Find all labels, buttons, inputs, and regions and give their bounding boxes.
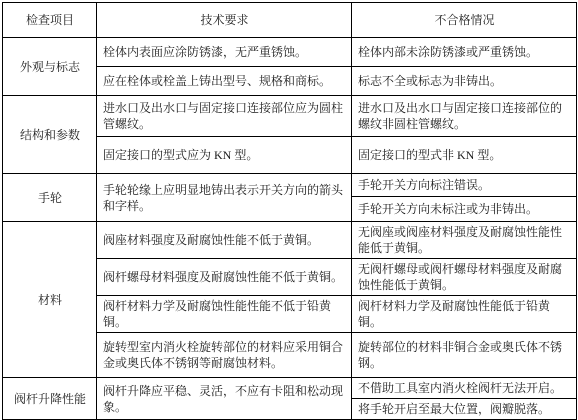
requirement-cell: 阀杆升降应平稳、灵活，不应有卡阻和松动现象。 bbox=[97, 378, 352, 420]
inspection-table: 检查项目 技术要求 不合格情况 外观与标志 栓体内表面应涂防锈漆，无严重锈蚀。 … bbox=[2, 2, 577, 420]
failure-cell: 栓体内部未涂防锈漆或严重锈蚀。 bbox=[352, 38, 577, 67]
requirement-cell: 应在栓体或栓盖上铸出型号、规格和商标。 bbox=[97, 67, 352, 96]
requirement-cell: 手轮轮缘上应明显地铸出表示开关方向的箭头和字样。 bbox=[97, 174, 352, 222]
table-row: 结构和参数 进水口及出水口与固定接口连接部位应为圆柱管螺纹。 进水口及出水口与固… bbox=[3, 96, 577, 137]
requirement-cell: 阀杆材料力学及耐腐蚀性能性能不低于铅黄铜。 bbox=[97, 296, 352, 333]
failure-cell: 将手轮开启至最大位置，阀瓣脱落。 bbox=[352, 399, 577, 420]
failure-cell: 不借助工具室内消火栓阀杆无法开启。 bbox=[352, 378, 577, 399]
failure-cell: 旋转部位的材料非铜合金或奥氏体不锈钢。 bbox=[352, 333, 577, 378]
table-row: 阀杆升降性能 阀杆升降应平稳、灵活，不应有卡阻和松动现象。 不借助工具室内消火栓… bbox=[3, 378, 577, 399]
column-header-failure: 不合格情况 bbox=[352, 3, 577, 38]
category-cell-appearance: 外观与标志 bbox=[3, 38, 97, 96]
table-row: 外观与标志 栓体内表面应涂防锈漆，无严重锈蚀。 栓体内部未涂防锈漆或严重锈蚀。 bbox=[3, 38, 577, 67]
failure-cell: 进水口及出水口与固定接口连接部位的螺纹非圆柱管螺纹。 bbox=[352, 96, 577, 137]
column-header-requirement: 技术要求 bbox=[97, 3, 352, 38]
column-header-item: 检查项目 bbox=[3, 3, 97, 38]
failure-cell: 固定接口的型式非 KN 型。 bbox=[352, 137, 577, 174]
table-row: 手轮 手轮轮缘上应明显地铸出表示开关方向的箭头和字样。 手轮开关方向标注错误。 bbox=[3, 174, 577, 197]
requirement-cell: 旋转型室内消火栓旋转部位的材料应采用铜合金或奥氏体不锈钢等耐腐蚀材料。 bbox=[97, 333, 352, 378]
failure-cell: 手轮开关方向未标注或为非铸出。 bbox=[352, 197, 577, 222]
header-row: 检查项目 技术要求 不合格情况 bbox=[3, 3, 577, 38]
failure-cell: 标志不全或标志为非铸出。 bbox=[352, 67, 577, 96]
requirement-cell: 栓体内表面应涂防锈漆，无严重锈蚀。 bbox=[97, 38, 352, 67]
requirement-cell: 阀座材料强度及耐腐蚀性能不低于黄铜。 bbox=[97, 222, 352, 259]
failure-cell: 阀杆材料力学及耐腐蚀性能低于铅黄铜。 bbox=[352, 296, 577, 333]
category-cell-structure: 结构和参数 bbox=[3, 96, 97, 174]
category-cell-handwheel: 手轮 bbox=[3, 174, 97, 222]
category-cell-stem-lifting: 阀杆升降性能 bbox=[3, 378, 97, 420]
requirement-cell: 阀杆螺母材料强度及耐腐蚀性能不低于黄铜。 bbox=[97, 259, 352, 296]
failure-cell: 无阀座或阀座材料强度及耐腐蚀性能性能低于黄铜。 bbox=[352, 222, 577, 259]
category-cell-material: 材料 bbox=[3, 222, 97, 378]
requirement-cell: 固定接口的型式应为 KN 型。 bbox=[97, 137, 352, 174]
failure-cell: 无阀杆螺母或阀杆螺母材料强度及耐腐蚀性能低于黄铜。 bbox=[352, 259, 577, 296]
failure-cell: 手轮开关方向标注错误。 bbox=[352, 174, 577, 197]
table-row: 材料 阀座材料强度及耐腐蚀性能不低于黄铜。 无阀座或阀座材料强度及耐腐蚀性能性能… bbox=[3, 222, 577, 259]
requirement-cell: 进水口及出水口与固定接口连接部位应为圆柱管螺纹。 bbox=[97, 96, 352, 137]
